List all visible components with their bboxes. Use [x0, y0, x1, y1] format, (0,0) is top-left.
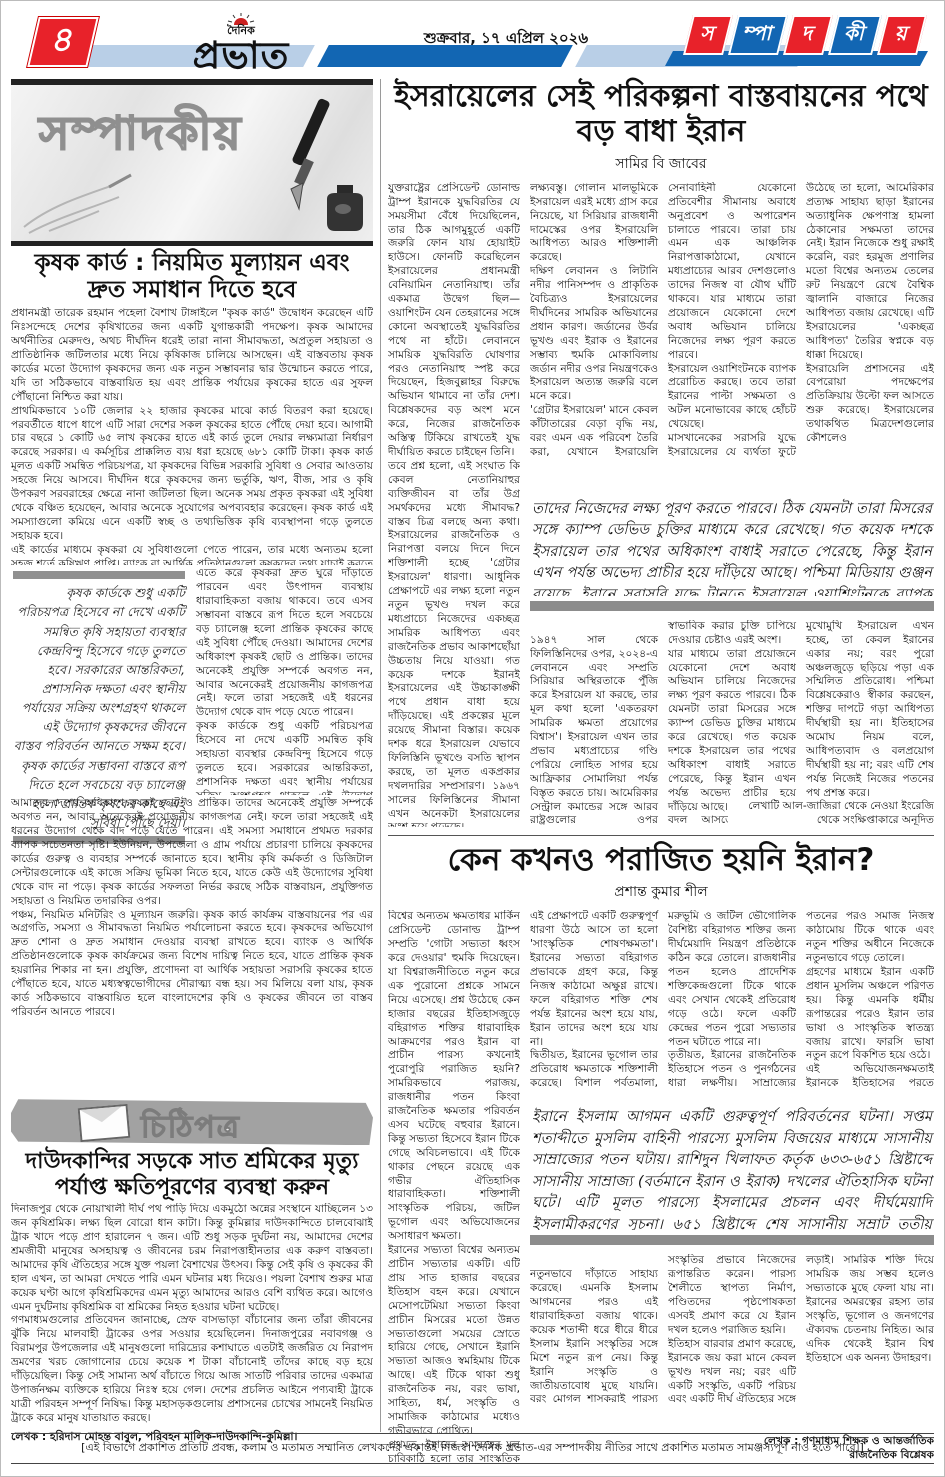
main-content: সম্পাদকীয় — [11, 79, 934, 1432]
page-number-badge: ৪ — [27, 17, 99, 67]
articles-column: ইসরায়েলের সেই পরিকল্পনা বাস্তবায়নের পথ… — [388, 79, 934, 1432]
article1-column-1: যুক্তরাষ্ট্রের প্রেসিডেন্ট ডোনাল্ড ট্রাম… — [388, 182, 520, 827]
article-2: কেন কখনও পরাজিত হয়নি ইরান? প্রশান্ত কুম… — [388, 842, 934, 1463]
hand-sketch — [19, 167, 169, 237]
editorial-column: সম্পাদকীয় — [11, 79, 373, 1432]
section-tile-3: দ — [783, 15, 833, 55]
article2-headline: কেন কখনও পরাজিত হয়নি ইরান? — [388, 842, 934, 879]
article1-byline: সামির বি জাবের — [388, 152, 934, 176]
section-title-tiles: স ম্পা দ কী য় — [681, 15, 926, 67]
letters-headline: দাউদকান্দির সড়কে সাত শ্রমিকের মৃত্যু পর… — [11, 1149, 373, 1201]
newspaper-page: ৪ দৈনিক প্রভাত শুক্রবার, ১৭ এপ্রিল ২০২৬ — [0, 0, 945, 1477]
articles-divider-rule — [388, 835, 934, 836]
section-tile-1: স — [683, 15, 733, 55]
editorial-banner: সম্পাদকীয় — [11, 79, 373, 246]
ink-bottle-icon — [319, 183, 371, 233]
article2-divider-bar — [530, 1235, 934, 1245]
editorial-middle-row: কৃষক কার্ডকে শুধু একটি পরিচয়পত্র হিসেবে… — [11, 567, 373, 795]
paper-name: প্রভাত — [161, 36, 321, 76]
article2-byline: প্রশান্ত কুমার শীল — [388, 880, 934, 904]
section-tile-4: কী — [828, 15, 882, 55]
column-divider — [380, 79, 381, 1432]
letters-banner: চিঠিপত্র — [11, 1099, 373, 1145]
article2-columns-bottom: নতুনভাবে দাঁড়াতে সাহায্য করেছে। এমনকি ই… — [530, 1254, 934, 1462]
editorial-body-top: প্রধানমন্ত্রী তারেক রহমান পহেলা বৈশাখ টা… — [11, 307, 373, 565]
letters-headline-line2: পর্যাপ্ত ক্ষতিপূরণের ব্যবস্থা করুন — [11, 1175, 373, 1201]
article1-body: যুক্তরাষ্ট্রের প্রেসিডেন্ট ডোনাল্ড ট্রাম… — [388, 182, 934, 827]
article1-pull-quote: তাদের নিজেদের লক্ষ্য পূরণ করতে পারবে। ঠি… — [530, 494, 934, 596]
page-number: ৪ — [45, 14, 80, 71]
envelope-icon — [78, 1104, 131, 1142]
issue-date: শুক্রবার, ১৭ এপ্রিল ২০২৬ — [341, 27, 671, 52]
article1-columns-top: লক্ষ্যবস্তু। গোলান মালভূমিকে ইসরায়েল এর… — [530, 182, 934, 494]
footer-disclaimer: [এই বিভাগে প্রকাশিত প্রতিটি প্রবন্ধ, কলা… — [11, 1433, 934, 1464]
article2-columns-top: এই প্রেক্ষাপটে একটি গুরুত্বপূর্ণ ধারণা উ… — [530, 910, 934, 1102]
letters-headline-line1: দাউদকান্দির সড়কে সাত শ্রমিকের মৃত্যু — [11, 1149, 373, 1175]
article1-attribution: লেখাটি আল-জাজিরা থেকে নেওয়া ইংরেজি থেকে… — [728, 799, 934, 827]
quote-top-bar — [13, 571, 185, 579]
letters-body: দিনাজপুর থেকে নোয়াখালী দীর্ঘ পথ পাড়ি দ… — [11, 1203, 373, 1425]
article1-headline: ইসরায়েলের সেই পরিকল্পনা বাস্তবায়নের পথ… — [388, 79, 934, 150]
article-1: ইসরায়েলের সেই পরিকল্পনা বাস্তবায়নের পথ… — [388, 79, 934, 827]
editorial-pull-quote: কৃষক কার্ডকে শুধু একটি পরিচয়পত্র হিসেবে… — [13, 583, 185, 832]
page-header: ৪ দৈনিক প্রভাত শুক্রবার, ১৭ এপ্রিল ২০২৬ — [11, 13, 934, 73]
article2-column-1: বিশ্বের অন্যতম ক্ষমতাধর মার্কিন প্রেসিডে… — [388, 910, 520, 1462]
article1-divider-bar — [530, 601, 934, 611]
paper-logo: দৈনিক প্রভাত — [161, 13, 321, 76]
editorial-pull-quote-box: কৃষক কার্ডকে শুধু একটি পরিচয়পত্র হিসেবে… — [11, 567, 187, 795]
editorial-banner-title: সম্পাদকীয় — [39, 99, 243, 175]
article2-pull-quote: ইরানে ইসলাম আগমন একটি গুরুত্বপূর্ণ পরিবর… — [530, 1102, 934, 1230]
editorial-headline: কৃষক কার্ড : নিয়মিত মূল্যায়ন এবং দ্রুত… — [11, 250, 373, 304]
section-tile-5: য় — [877, 15, 927, 55]
article2-body: বিশ্বের অন্যতম ক্ষমতাধর মার্কিন প্রেসিডে… — [388, 910, 934, 1462]
editorial-body-bottom: আমাদের দেশের অধিকাংশ কৃষকই ছোট ও প্রান্ত… — [11, 797, 373, 1091]
letters-banner-title: চিঠিপত্র — [141, 1103, 241, 1154]
article1-columns-bottom: ১৯৪৭ সাল থেকে ফিলিস্তিনিদের ওপর, ২০২৪-এ … — [530, 620, 934, 827]
editorial-body-beside-quote: এতে করে কৃষকরা দ্রুত ঘুরে দাঁড়াতে পারবে… — [187, 567, 373, 795]
section-tile-2: ম্পা — [728, 15, 788, 55]
editorial-headline-line2: দ্রুত সমাধান দিতে হবে — [11, 277, 373, 304]
editorial-headline-line1: কৃষক কার্ড : নিয়মিত মূল্যায়ন এবং — [11, 250, 373, 277]
